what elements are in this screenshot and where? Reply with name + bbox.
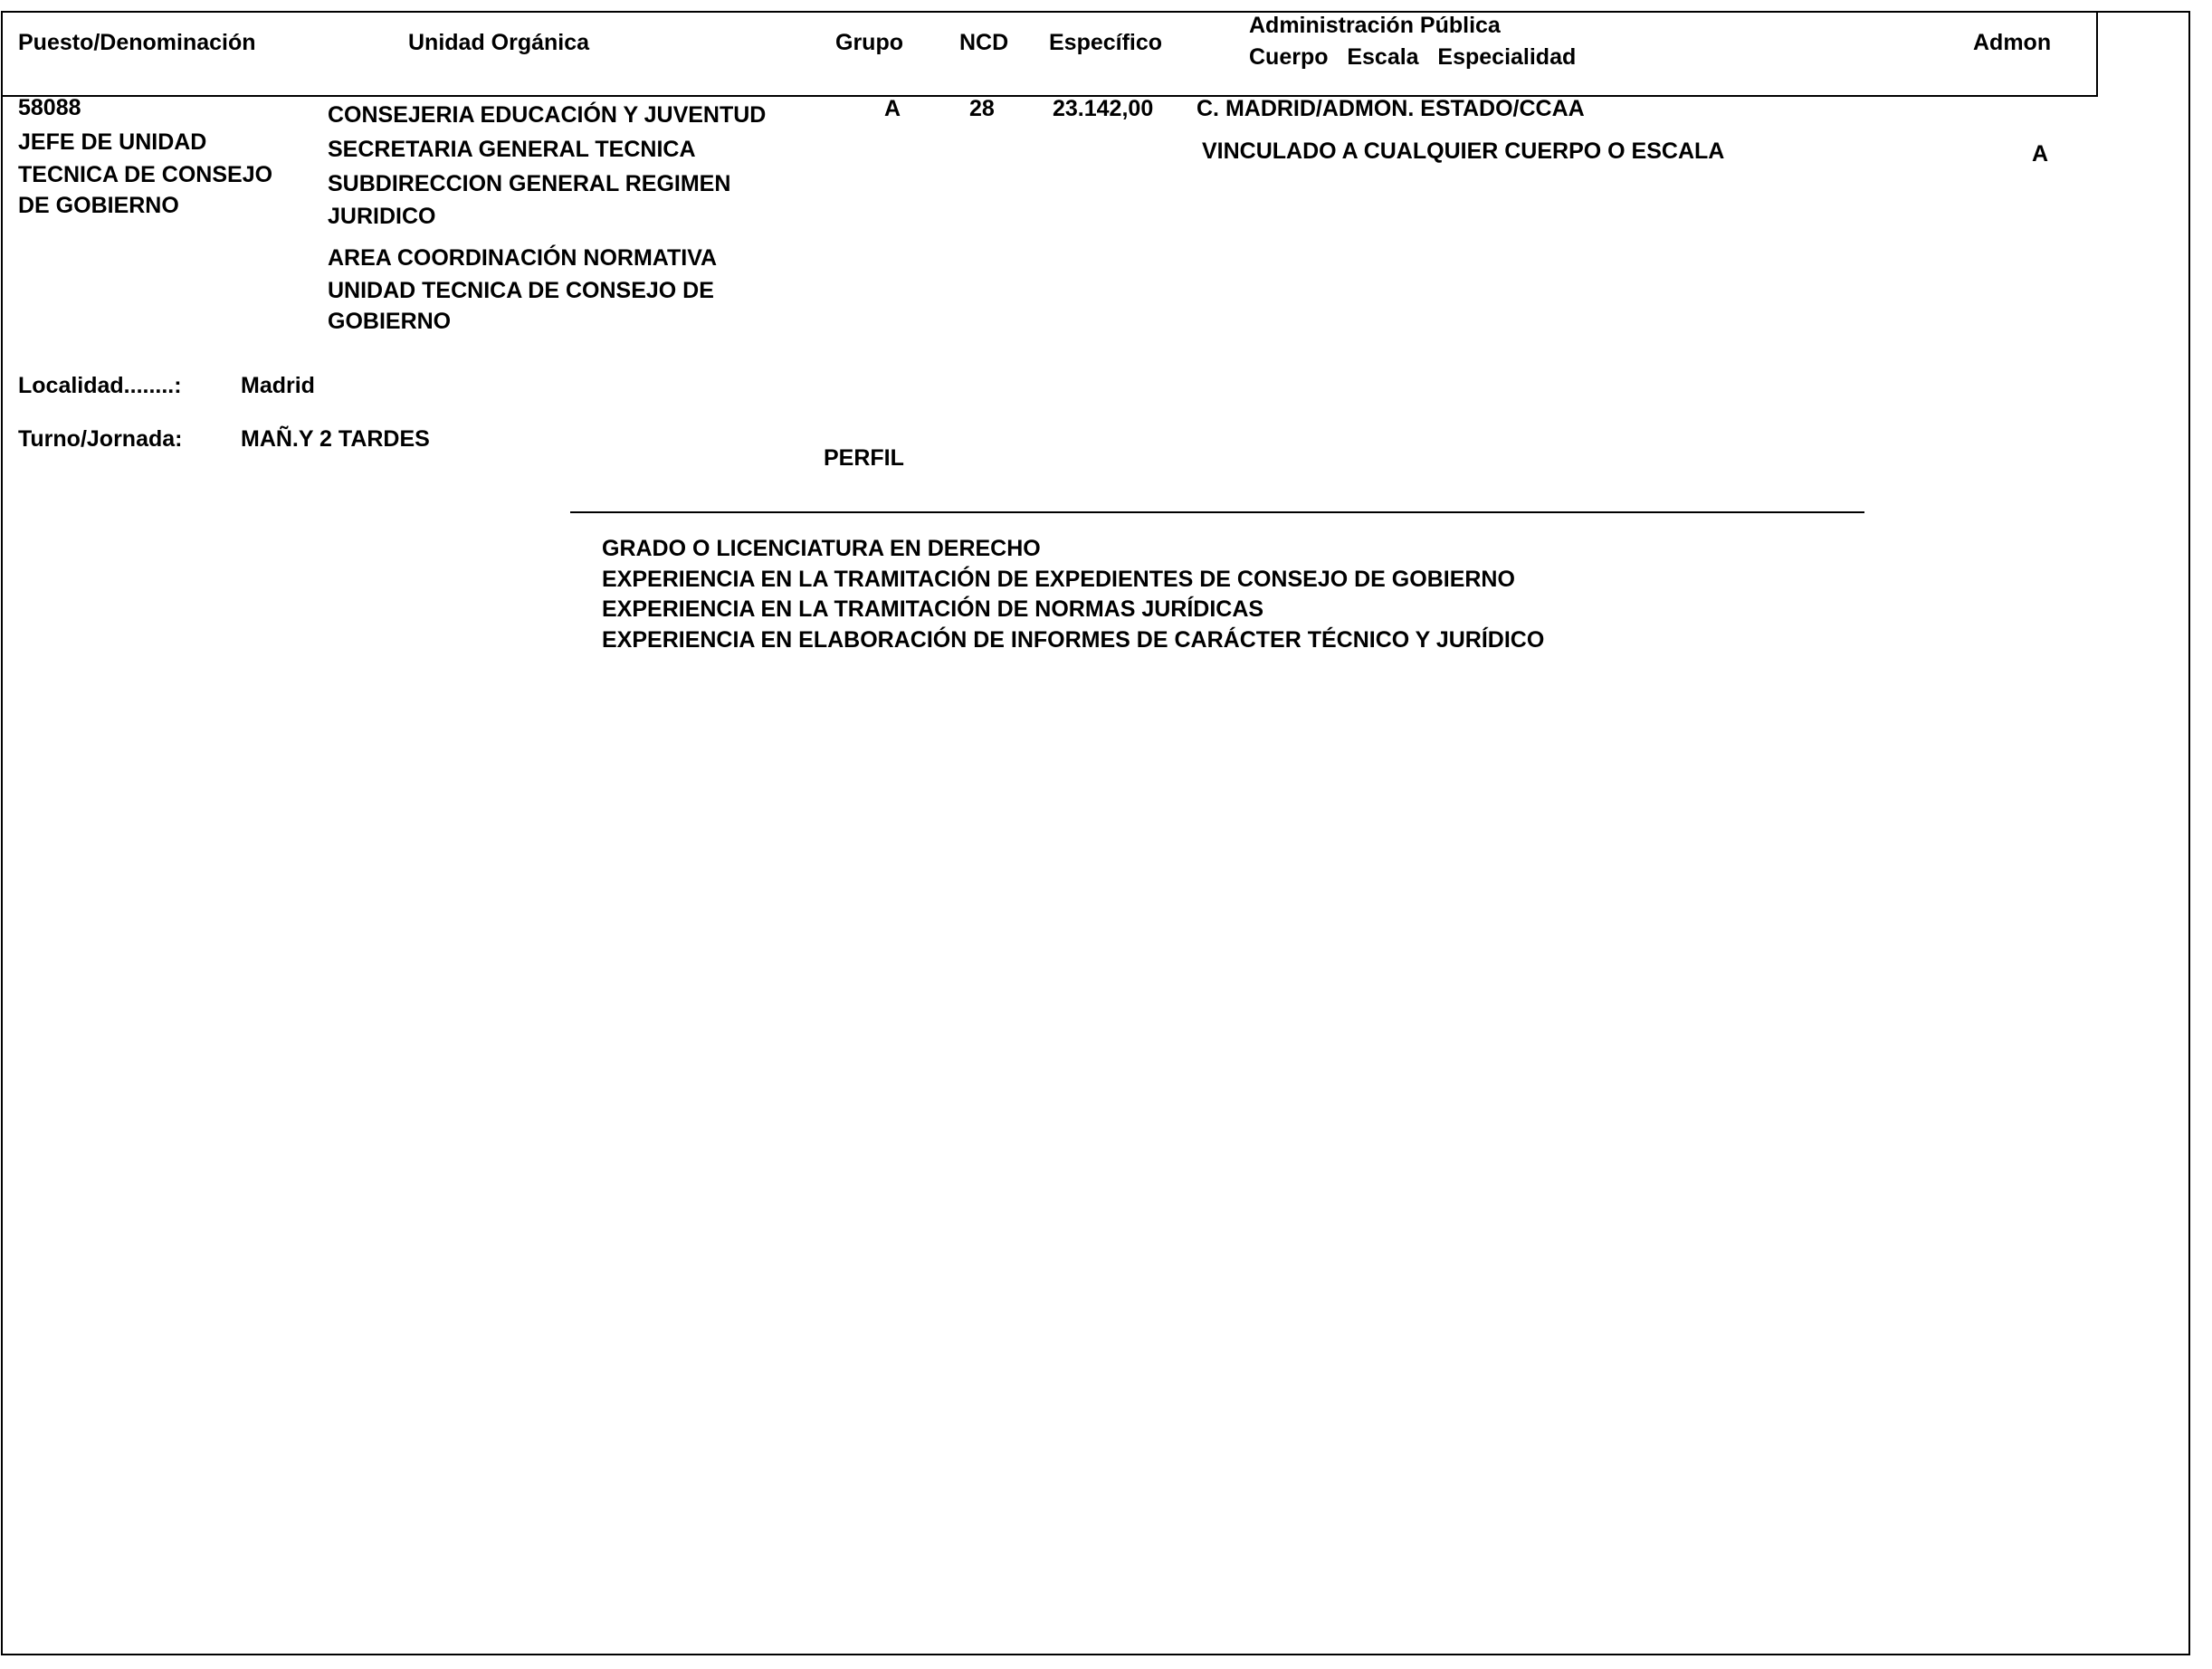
header-especifico: Específico xyxy=(1049,29,1162,56)
header-admon: Admon xyxy=(1973,29,2051,56)
header-grupo: Grupo xyxy=(835,29,903,56)
perfil-item: GRADO O LICENCIATURA EN DERECHO xyxy=(602,538,1544,568)
puesto-line: TECNICA DE CONSEJO xyxy=(18,161,272,192)
unidad-line: SUBDIRECCION GENERAL REGIMEN xyxy=(328,170,766,203)
perfil-item: EXPERIENCIA EN ELABORACIÓN DE INFORMES D… xyxy=(602,629,1544,660)
localidad-value: Madrid xyxy=(241,372,315,399)
perfil-item: EXPERIENCIA EN LA TRAMITACIÓN DE EXPEDIE… xyxy=(602,568,1544,599)
admon-value: A xyxy=(2032,140,2048,167)
grupo-value: A xyxy=(884,95,901,122)
puesto-denominacion: 58088 JEFE DE UNIDAD TECNICA DE CONSEJO … xyxy=(18,94,272,224)
localidad-label: Localidad........: xyxy=(18,372,182,399)
especifico-value: 23.142,00 xyxy=(1053,95,1153,122)
puesto-line: JEFE DE UNIDAD xyxy=(18,129,272,161)
turno-value: MAÑ.Y 2 TARDES xyxy=(241,425,430,453)
header-ncd: NCD xyxy=(959,29,1008,56)
perfil-divider xyxy=(570,511,1864,513)
perfil-item: EXPERIENCIA EN LA TRAMITACIÓN DE NORMAS … xyxy=(602,598,1544,629)
administracion-value: C. MADRID/ADMON. ESTADO/CCAA xyxy=(1197,95,1585,122)
header-administracion: Administración Pública xyxy=(1249,12,1501,39)
perfil-list: GRADO O LICENCIATURA EN DERECHO EXPERIEN… xyxy=(602,538,1544,659)
ncd-value: 28 xyxy=(969,95,995,122)
header-unidad: Unidad Orgánica xyxy=(408,29,589,56)
cuerpo-value: VINCULADO A CUALQUIER CUERPO O ESCALA xyxy=(1202,138,1724,165)
unidad-line: UNIDAD TECNICA DE CONSEJO DE xyxy=(328,277,766,308)
unidad-organica: CONSEJERIA EDUCACIÓN Y JUVENTUD SECRETAR… xyxy=(328,101,766,340)
turno-label: Turno/Jornada: xyxy=(18,425,182,453)
unidad-line: JURIDICO xyxy=(328,203,766,244)
unidad-line: CONSEJERIA EDUCACIÓN Y JUVENTUD xyxy=(328,101,766,136)
unidad-line: AREA COORDINACIÓN NORMATIVA xyxy=(328,244,766,277)
unidad-line: GOBIERNO xyxy=(328,308,766,340)
unidad-line: SECRETARIA GENERAL TECNICA xyxy=(328,136,766,170)
header-puesto: Puesto/Denominación xyxy=(18,29,256,56)
puesto-line: DE GOBIERNO xyxy=(18,192,272,224)
perfil-title: PERFIL xyxy=(824,444,904,472)
puesto-code: 58088 xyxy=(18,94,272,129)
header-cuerpo-escala: Cuerpo Escala Especialidad xyxy=(1249,43,1576,71)
